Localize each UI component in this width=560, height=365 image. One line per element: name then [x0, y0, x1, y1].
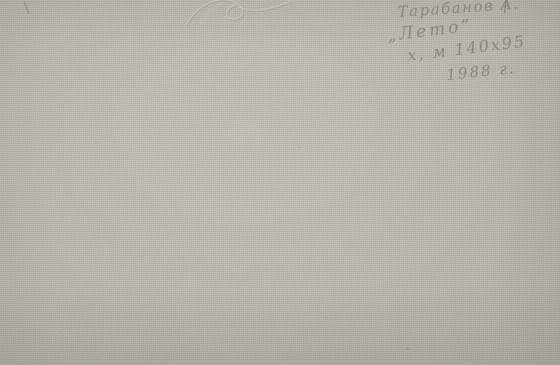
canvas-texture-overlay: Тарабанов А. „Лето” х, м 140х95 1988 г. [0, 0, 560, 365]
canvas-back-photo: Тарабанов А. „Лето” х, м 140х95 1988 г. [0, 0, 560, 365]
